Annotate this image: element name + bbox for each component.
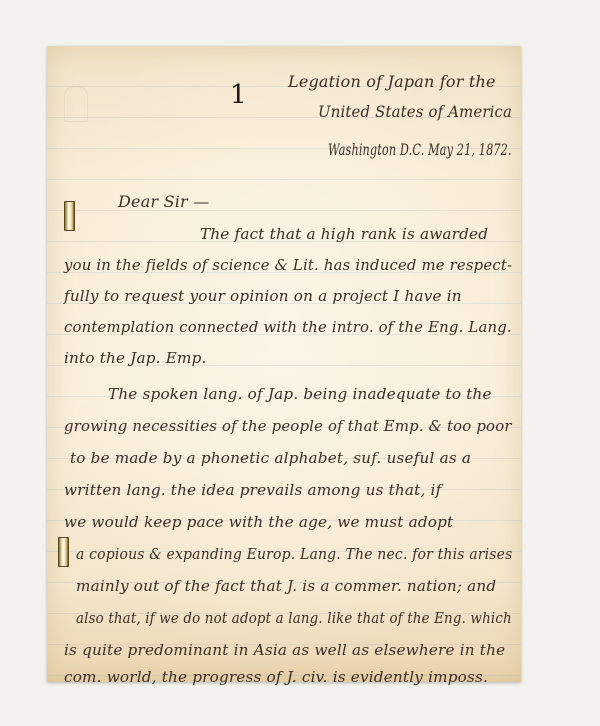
embossed-seal [64,86,88,122]
salutation: Dear Sir — [118,192,209,211]
letterhead-line-2: United States of America [318,102,512,121]
letterhead-line-1: Legation of Japan for the [288,72,496,91]
body-line: into the Jap. Emp. [64,349,207,367]
body-line: a copious & expanding Europ. Lang. The n… [76,545,512,563]
binding-staple-top [64,201,75,231]
body-line: mainly out of the fact that J. is a comm… [76,577,496,595]
body-line: The fact that a high rank is awarded [200,225,488,243]
page-number: 1 [230,80,247,110]
body-line: to be made by a phonetic alphabet, suf. … [70,449,471,467]
body-line: contemplation connected with the intro. … [64,318,512,336]
binding-staple-bottom [58,537,69,567]
body-line: growing necessities of the people of tha… [64,417,512,435]
body-line: we would keep pace with the age, we must… [64,513,453,531]
body-line: also that, if we do not adopt a lang. li… [76,609,512,627]
body-line: written lang. the idea prevails among us… [64,481,441,499]
date-line: Washington D.C. May 21, 1872. [328,140,512,159]
body-line: is quite predominant in Asia as well as … [64,641,505,659]
body-line: com. world, the progress of J. civ. is e… [64,668,488,686]
body-line: you in the fields of science & Lit. has … [64,256,512,274]
body-line: The spoken lang. of Jap. being inadequat… [108,385,492,403]
body-line: fully to request your opinion on a proje… [64,287,462,305]
